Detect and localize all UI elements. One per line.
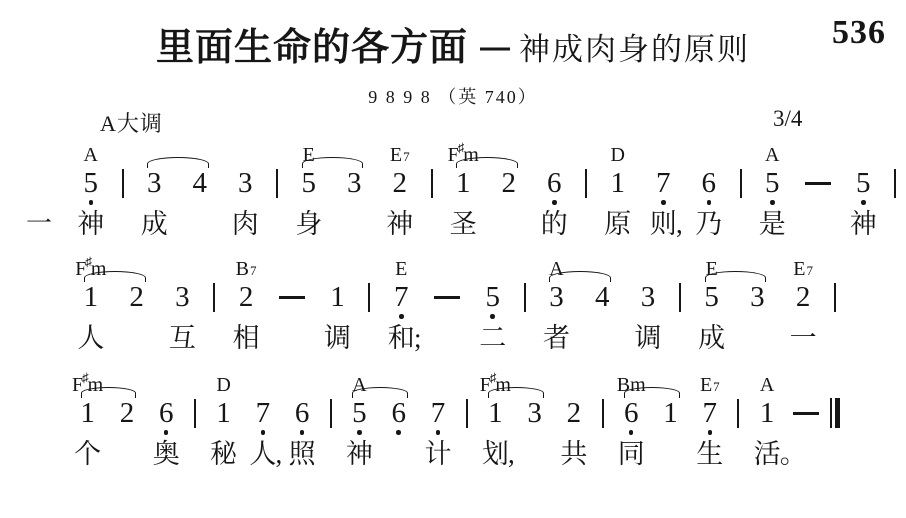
note-digit: 3 bbox=[347, 168, 362, 198]
note-digit: 4 bbox=[595, 282, 610, 312]
octave-dot-row bbox=[396, 428, 401, 438]
note-digit: 5 bbox=[302, 168, 317, 198]
barline-cell bbox=[732, 142, 750, 240]
note-cell: A5是 bbox=[750, 142, 796, 240]
note-row: 1 bbox=[663, 398, 678, 428]
note-row: 4 bbox=[193, 168, 208, 198]
note-row: 2 bbox=[796, 282, 811, 312]
note-cell: 7计 bbox=[418, 372, 457, 470]
note-cell: 6奥 bbox=[147, 372, 186, 470]
note-cell: 3互 bbox=[159, 256, 205, 354]
lyric-syllable: 人, bbox=[249, 438, 276, 470]
note-row bbox=[679, 282, 681, 312]
note-row: 1 bbox=[216, 398, 231, 428]
note-digit: 1 bbox=[663, 398, 678, 428]
lyric-char: 乃 bbox=[695, 209, 722, 239]
barline-cell bbox=[594, 372, 612, 470]
slur bbox=[302, 157, 364, 168]
barline bbox=[740, 169, 742, 198]
barline bbox=[737, 399, 739, 428]
note-row bbox=[122, 168, 124, 198]
note-row: 1 bbox=[611, 168, 626, 198]
note-row bbox=[276, 168, 278, 198]
note-row: 7 bbox=[703, 398, 718, 428]
note-digit: 7 bbox=[256, 398, 271, 428]
barline bbox=[679, 283, 681, 312]
note-row: 3 bbox=[750, 282, 765, 312]
chord-seventh: 7 bbox=[403, 146, 410, 168]
note-digit: 6 bbox=[702, 168, 717, 198]
sharp-symbol: ♯ bbox=[490, 365, 497, 391]
octave-dot-row bbox=[490, 312, 495, 322]
barline-cell bbox=[205, 256, 223, 354]
octave-dot bbox=[552, 200, 557, 205]
note-digit: 3 bbox=[147, 168, 162, 198]
octave-dot-row bbox=[164, 428, 169, 438]
final-barline-thick bbox=[835, 398, 840, 428]
barline-cell bbox=[186, 372, 204, 470]
note-row: 2 bbox=[129, 282, 144, 312]
lyric-syllable: 二 bbox=[479, 322, 506, 354]
note-digit: 6 bbox=[159, 398, 174, 428]
note-row: 3 bbox=[641, 282, 656, 312]
note-digit: 6 bbox=[295, 398, 310, 428]
chord-seventh: 7 bbox=[713, 376, 720, 398]
note-row bbox=[524, 282, 526, 312]
octave-dot-row bbox=[708, 428, 713, 438]
note-cell: 6乃 bbox=[686, 142, 732, 240]
lyric-char: 原 bbox=[604, 209, 631, 239]
barline bbox=[194, 399, 196, 428]
octave-dot bbox=[861, 200, 866, 205]
note-row bbox=[279, 282, 305, 312]
barline-cell bbox=[516, 256, 534, 354]
lyric-syllable: 相 bbox=[233, 322, 260, 354]
lyric-syllable: 身 bbox=[295, 208, 322, 240]
note-cell: 6照 bbox=[282, 372, 321, 470]
note-cell: 7则, bbox=[641, 142, 687, 240]
chord-label: E bbox=[395, 256, 407, 282]
note-row: 3 bbox=[527, 398, 542, 428]
note-cell: E72神 bbox=[377, 142, 423, 240]
lyric-char: 照 bbox=[289, 439, 316, 469]
octave-dot bbox=[436, 430, 441, 435]
lyric-syllable: 奥 bbox=[153, 438, 180, 470]
slur bbox=[84, 271, 146, 282]
note-digit: 1 bbox=[84, 282, 99, 312]
lyric-syllable: 神 bbox=[77, 208, 104, 240]
octave-dot-row bbox=[661, 198, 666, 208]
sharp-symbol: ♯ bbox=[85, 249, 92, 275]
music-systems: A5神3成43肉E5身3E72神F♯m1圣26的D1原7则,6乃A5是5神F♯m… bbox=[0, 0, 906, 518]
lyric-char: 相 bbox=[233, 323, 260, 353]
note-row: 5 bbox=[765, 168, 780, 198]
lyric-syllable: 活。 bbox=[754, 438, 781, 470]
barline-cell bbox=[729, 372, 747, 470]
octave-dot bbox=[661, 200, 666, 205]
lyric-punctuation: , bbox=[508, 438, 515, 470]
barline bbox=[330, 399, 332, 428]
note-row: 1 bbox=[488, 398, 503, 428]
octave-dot-row bbox=[399, 312, 404, 322]
final-barline bbox=[830, 398, 840, 428]
lyric-char: 神 bbox=[850, 209, 877, 239]
lyric-char: 人 bbox=[249, 439, 276, 469]
note-cell: 6的 bbox=[532, 142, 578, 240]
lyric-char: 个 bbox=[74, 439, 101, 469]
note-cell: D1原 bbox=[595, 142, 641, 240]
octave-dot bbox=[89, 200, 94, 205]
octave-dot bbox=[164, 430, 169, 435]
chord-label: A bbox=[84, 142, 98, 168]
note-digit: 5 bbox=[84, 168, 99, 198]
dash-cell bbox=[424, 256, 470, 354]
barline-cell bbox=[322, 372, 340, 470]
note-row: 6 bbox=[702, 168, 717, 198]
note-row: 5 bbox=[856, 168, 871, 198]
barline-cell bbox=[360, 256, 378, 354]
lyric-char: 的 bbox=[541, 209, 568, 239]
note-row: 3 bbox=[549, 282, 564, 312]
sharp-symbol: ♯ bbox=[458, 135, 465, 161]
slur bbox=[456, 157, 518, 168]
note-digit: 7 bbox=[656, 168, 671, 198]
lyric-char: 身 bbox=[295, 209, 322, 239]
note-cell: 5神 bbox=[841, 142, 887, 240]
chord-label: A bbox=[765, 142, 779, 168]
note-row: 1 bbox=[84, 282, 99, 312]
note-digit: 2 bbox=[239, 282, 254, 312]
note-digit: 1 bbox=[330, 282, 345, 312]
sharp-symbol: ♯ bbox=[82, 365, 89, 391]
note-digit: 6 bbox=[624, 398, 639, 428]
lyric-char: 二 bbox=[479, 323, 506, 353]
note-digit: 3 bbox=[175, 282, 190, 312]
lyric-syllable: 个 bbox=[74, 438, 101, 470]
note-row: 7 bbox=[256, 398, 271, 428]
chord-seventh: 7 bbox=[250, 260, 257, 282]
note-row: 5 bbox=[485, 282, 500, 312]
note-row: 2 bbox=[393, 168, 408, 198]
note-row: 3 bbox=[238, 168, 253, 198]
chord-label: D bbox=[216, 372, 230, 398]
note-row: 1 bbox=[456, 168, 471, 198]
lyric-syllable: 神 bbox=[346, 438, 373, 470]
note-row: 5 bbox=[84, 168, 99, 198]
lyric-syllable: 肉 bbox=[232, 208, 259, 240]
slur bbox=[352, 387, 407, 398]
lyric-char: 人 bbox=[77, 323, 104, 353]
slur bbox=[488, 387, 543, 398]
lyric-syllable: 同 bbox=[618, 438, 645, 470]
note-cell: D1秘 bbox=[204, 372, 243, 470]
note-digit: 5 bbox=[485, 282, 500, 312]
lyric-syllable: 人 bbox=[77, 322, 104, 354]
lyric-syllable: 者 bbox=[543, 322, 570, 354]
barline bbox=[368, 283, 370, 312]
note-row: 6 bbox=[391, 398, 406, 428]
barline-cell bbox=[423, 142, 441, 240]
note-row bbox=[830, 398, 840, 428]
note-row: 6 bbox=[295, 398, 310, 428]
note-digit: 3 bbox=[238, 168, 253, 198]
lyric-char: 者 bbox=[543, 323, 570, 353]
octave-dot bbox=[300, 430, 305, 435]
dash-cell bbox=[269, 256, 315, 354]
octave-dot-row bbox=[707, 198, 712, 208]
note-row: 6 bbox=[624, 398, 639, 428]
note-row: 5 bbox=[352, 398, 367, 428]
note-cell: A5神 bbox=[68, 142, 114, 240]
lyric-syllable: 是 bbox=[759, 208, 786, 240]
note-digit: 2 bbox=[120, 398, 135, 428]
music-system: A5神3成43肉E5身3E72神F♯m1圣26的D1原7则,6乃A5是5神 bbox=[68, 142, 904, 240]
barline bbox=[122, 169, 124, 198]
lyric-punctuation: ; bbox=[414, 322, 422, 354]
lyric-syllable: 共 bbox=[560, 438, 587, 470]
lyric-char: 圣 bbox=[450, 209, 477, 239]
note-digit: 2 bbox=[393, 168, 408, 198]
lyric-char: 神 bbox=[386, 209, 413, 239]
note-row: 2 bbox=[239, 282, 254, 312]
octave-dot bbox=[770, 200, 775, 205]
note-row: 3 bbox=[175, 282, 190, 312]
note-cell: E7和; bbox=[378, 256, 424, 354]
note-row: 3 bbox=[147, 168, 162, 198]
note-row: 1 bbox=[760, 398, 775, 428]
note-digit: 3 bbox=[527, 398, 542, 428]
note-cell: 5二 bbox=[470, 256, 516, 354]
note-row bbox=[431, 168, 433, 198]
octave-dot bbox=[357, 430, 362, 435]
octave-dot bbox=[707, 200, 712, 205]
lyric-char: 奥 bbox=[153, 439, 180, 469]
lyric-syllable: 照 bbox=[289, 438, 316, 470]
lyric-char: 生 bbox=[696, 439, 723, 469]
note-digit: 1 bbox=[760, 398, 775, 428]
note-digit: 7 bbox=[431, 398, 446, 428]
lyric-char: 成 bbox=[141, 209, 168, 239]
note-digit: 1 bbox=[216, 398, 231, 428]
music-system: F♯m1人23互B72相1调E7和;5二A3者43调E5成3E72一 bbox=[68, 256, 844, 354]
note-digit: 1 bbox=[456, 168, 471, 198]
note-row bbox=[834, 282, 836, 312]
note-row: 5 bbox=[302, 168, 317, 198]
lyric-syllable: 调 bbox=[634, 322, 661, 354]
note-digit: 2 bbox=[567, 398, 582, 428]
lyric-syllable: 则, bbox=[650, 208, 677, 240]
note-row bbox=[793, 398, 819, 428]
barline bbox=[585, 169, 587, 198]
lyric-syllable: 的 bbox=[541, 208, 568, 240]
note-cell: E72一 bbox=[780, 256, 826, 354]
octave-dot-row bbox=[261, 428, 266, 438]
lyric-char: 肉 bbox=[232, 209, 259, 239]
note-digit: 3 bbox=[641, 282, 656, 312]
barline-cell bbox=[458, 372, 476, 470]
chord-label: E7 bbox=[793, 256, 813, 282]
note-digit: 3 bbox=[549, 282, 564, 312]
octave-dot bbox=[629, 430, 634, 435]
slur bbox=[147, 157, 209, 168]
lyric-syllable: 生 bbox=[696, 438, 723, 470]
barline bbox=[894, 169, 896, 198]
note-digit: 7 bbox=[703, 398, 718, 428]
lyric-char: 秘 bbox=[210, 439, 237, 469]
octave-dot bbox=[708, 430, 713, 435]
lyric-char: 互 bbox=[169, 323, 196, 353]
lyric-syllable: 原 bbox=[604, 208, 631, 240]
lyric-syllable: 圣 bbox=[450, 208, 477, 240]
octave-dot bbox=[399, 314, 404, 319]
barline bbox=[213, 283, 215, 312]
note-cell: 3调 bbox=[625, 256, 671, 354]
chord-label: E7 bbox=[390, 142, 410, 168]
note-row bbox=[894, 168, 896, 198]
octave-dot-row bbox=[552, 198, 557, 208]
lyric-char: 是 bbox=[759, 209, 786, 239]
held-note-dash bbox=[793, 412, 819, 415]
note-cell: B72相 bbox=[223, 256, 269, 354]
lyric-char: 和 bbox=[388, 323, 415, 353]
lyric-syllable: 成 bbox=[698, 322, 725, 354]
chord-seventh: 7 bbox=[807, 260, 814, 282]
octave-dot-row bbox=[436, 428, 441, 438]
octave-dot-row bbox=[357, 428, 362, 438]
held-note-dash bbox=[805, 182, 831, 185]
note-row: 1 bbox=[330, 282, 345, 312]
barline-cell bbox=[671, 256, 689, 354]
music-system: F♯m1个26奥D1秘7人,6照A5神67计F♯m1划,32共Bm6同1E77生… bbox=[68, 372, 844, 470]
octave-dot-row bbox=[300, 428, 305, 438]
barline bbox=[276, 169, 278, 198]
lyric-syllable: 调 bbox=[324, 322, 351, 354]
barline-cell bbox=[268, 142, 286, 240]
lyric-syllable: 划, bbox=[482, 438, 509, 470]
slur bbox=[549, 271, 611, 282]
note-digit: 6 bbox=[547, 168, 562, 198]
note-cell: E77生 bbox=[690, 372, 729, 470]
lyric-syllable: 乃 bbox=[695, 208, 722, 240]
note-cell: 2共 bbox=[554, 372, 593, 470]
note-cell: 3肉 bbox=[223, 142, 269, 240]
note-row: 4 bbox=[595, 282, 610, 312]
note-digit: 3 bbox=[750, 282, 765, 312]
note-row: 2 bbox=[120, 398, 135, 428]
octave-dot-row bbox=[629, 428, 634, 438]
note-row bbox=[434, 282, 460, 312]
octave-dot-row bbox=[89, 198, 94, 208]
note-digit: 5 bbox=[704, 282, 719, 312]
chord-label: D bbox=[611, 142, 625, 168]
note-digit: 7 bbox=[394, 282, 409, 312]
barline bbox=[602, 399, 604, 428]
note-digit: 1 bbox=[611, 168, 626, 198]
lyric-char: 一 bbox=[790, 323, 817, 353]
slur bbox=[81, 387, 136, 398]
octave-dot-row bbox=[770, 198, 775, 208]
barline bbox=[834, 283, 836, 312]
slur bbox=[624, 387, 679, 398]
note-row: 6 bbox=[159, 398, 174, 428]
note-row bbox=[330, 398, 332, 428]
lyric-syllable: 和; bbox=[388, 322, 415, 354]
barline bbox=[524, 283, 526, 312]
lyric-punctuation: 。 bbox=[780, 438, 807, 470]
barline bbox=[431, 169, 433, 198]
note-digit: 1 bbox=[488, 398, 503, 428]
lyric-char: 同 bbox=[618, 439, 645, 469]
note-cell: 1调 bbox=[315, 256, 361, 354]
hymn-page: 里面生命的各方面—神成肉身的原则 536 9 8 9 8 （英 740） A大调… bbox=[0, 0, 906, 518]
note-row: 7 bbox=[656, 168, 671, 198]
lyric-syllable: 一 bbox=[790, 322, 817, 354]
note-cell: A1活。 bbox=[747, 372, 786, 470]
note-row bbox=[737, 398, 739, 428]
held-note-dash bbox=[434, 296, 460, 299]
note-row: 2 bbox=[567, 398, 582, 428]
lyric-punctuation: , bbox=[276, 438, 283, 470]
note-row bbox=[740, 168, 742, 198]
note-digit: 2 bbox=[502, 168, 517, 198]
note-digit: 2 bbox=[796, 282, 811, 312]
held-note-dash bbox=[279, 296, 305, 299]
note-row: 7 bbox=[431, 398, 446, 428]
lyric-char: 活 bbox=[754, 439, 781, 469]
lyric-char: 计 bbox=[425, 439, 452, 469]
lyric-char: 调 bbox=[324, 323, 351, 353]
lyric-syllable: 互 bbox=[169, 322, 196, 354]
lyric-char: 成 bbox=[698, 323, 725, 353]
note-cell: 7人, bbox=[243, 372, 282, 470]
note-digit: 1 bbox=[80, 398, 95, 428]
note-row bbox=[602, 398, 604, 428]
note-digit: 4 bbox=[193, 168, 208, 198]
barline-cell bbox=[577, 142, 595, 240]
note-row bbox=[368, 282, 370, 312]
note-row: 6 bbox=[547, 168, 562, 198]
note-row bbox=[466, 398, 468, 428]
chord-label: B7 bbox=[236, 256, 257, 282]
note-row bbox=[805, 168, 831, 198]
lyric-char: 神 bbox=[77, 209, 104, 239]
octave-dot bbox=[396, 430, 401, 435]
chord-label: A bbox=[760, 372, 774, 398]
note-digit: 2 bbox=[129, 282, 144, 312]
lyric-char: 调 bbox=[634, 323, 661, 353]
note-digit: 5 bbox=[352, 398, 367, 428]
octave-dot-row bbox=[861, 198, 866, 208]
note-digit: 6 bbox=[391, 398, 406, 428]
final-barline-cell bbox=[826, 372, 844, 470]
barline-cell bbox=[114, 142, 132, 240]
lyric-char: 则 bbox=[650, 209, 677, 239]
note-digit: 5 bbox=[856, 168, 871, 198]
note-row: 3 bbox=[347, 168, 362, 198]
note-row bbox=[585, 168, 587, 198]
note-row: 7 bbox=[394, 282, 409, 312]
lyric-char: 共 bbox=[560, 439, 587, 469]
lyric-char: 划 bbox=[482, 439, 509, 469]
lyric-syllable: 神 bbox=[386, 208, 413, 240]
final-barline-thin bbox=[830, 398, 832, 428]
lyric-char: 神 bbox=[346, 439, 373, 469]
barline-cell bbox=[886, 142, 904, 240]
note-row: 1 bbox=[80, 398, 95, 428]
barline-cell bbox=[826, 256, 844, 354]
lyric-syllable: 成 bbox=[141, 208, 168, 240]
note-row bbox=[213, 282, 215, 312]
